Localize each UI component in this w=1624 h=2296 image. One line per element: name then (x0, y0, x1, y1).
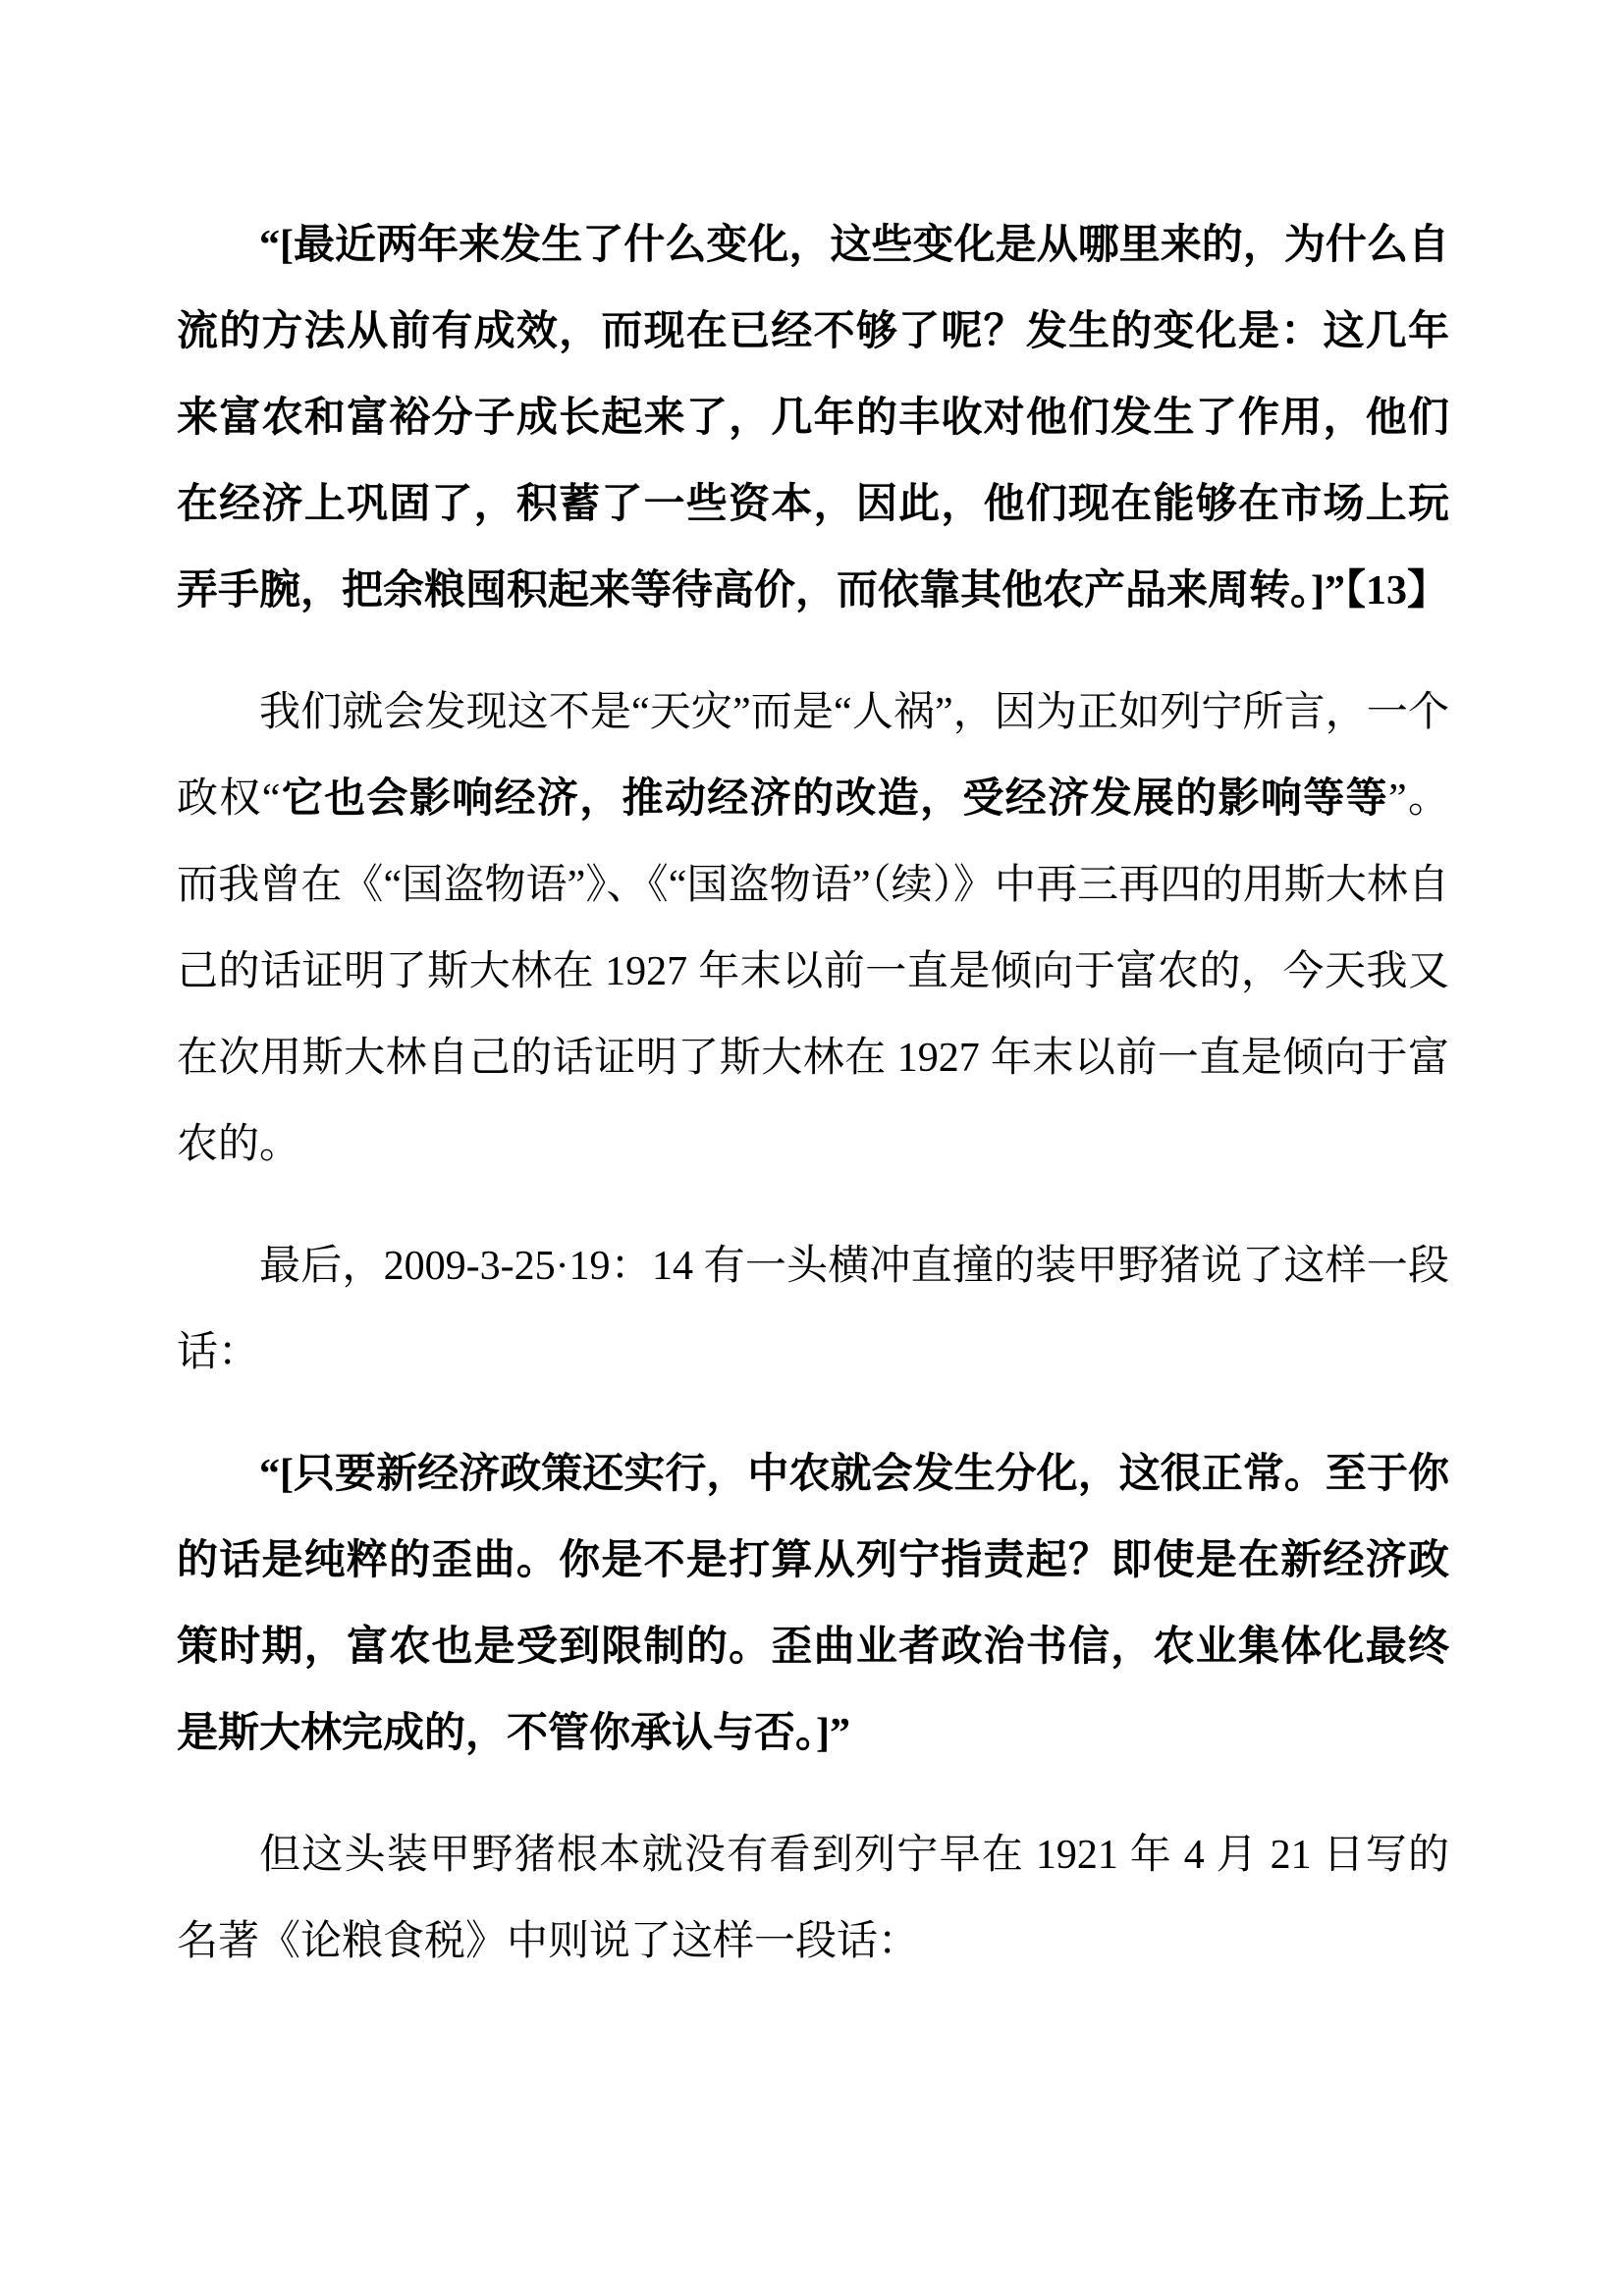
paragraph-intro-boar-post: 最后，2009-3-25·19：14 有一头横冲直撞的装甲野猪说了这样一段话： (177, 1223, 1449, 1396)
paragraph-blockquote-stalin-13: “[最近两年来发生了什么变化，这些变化是从哪里来的，为什么自流的方法从前有成效，… (177, 202, 1449, 634)
body-text: ”。而我曾在《“国盗物语”》、《“国盗物语”（续）》中再三再四的用斯大林自己的话… (177, 776, 1449, 1167)
paragraph-commentary-lenin: 我们就会发现这不是“天灾”而是“人祸”，因为正如列宁所言，一个政权“它也会影响经… (177, 669, 1449, 1188)
quote-text: “[只要新经济政策还实行，中农就会发生分化，这很正常。至于你的话是纯粹的歪曲。你… (177, 1452, 1449, 1756)
paragraph-closing-lenin-tax: 但这头装甲野猪根本就没有看到列宁早在 1921 年 4 月 21 日写的名著《论… (177, 1812, 1449, 1985)
footnote-ref-13: 【13】 (1345, 568, 1448, 614)
inline-bold-quote: 它也会影响经济，推动经济的改造，受经济发展的影响等等 (280, 776, 1388, 822)
document-page: “[最近两年来发生了什么变化，这些变化是从哪里来的，为什么自流的方法从前有成效，… (0, 0, 1624, 2296)
paragraph-blockquote-boar: “[只要新经济政策还实行，中农就会发生分化，这很正常。至于你的话是纯粹的歪曲。你… (177, 1431, 1449, 1777)
quote-text: “[最近两年来发生了什么变化，这些变化是从哪里来的，为什么自流的方法从前有成效，… (177, 223, 1449, 614)
body-text: 但这头装甲野猪根本就没有看到列宁早在 1921 年 4 月 21 日写的名著《论… (177, 1833, 1449, 1964)
body-text: 最后，2009-3-25·19：14 有一头横冲直撞的装甲野猪说了这样一段话： (177, 1244, 1449, 1375)
